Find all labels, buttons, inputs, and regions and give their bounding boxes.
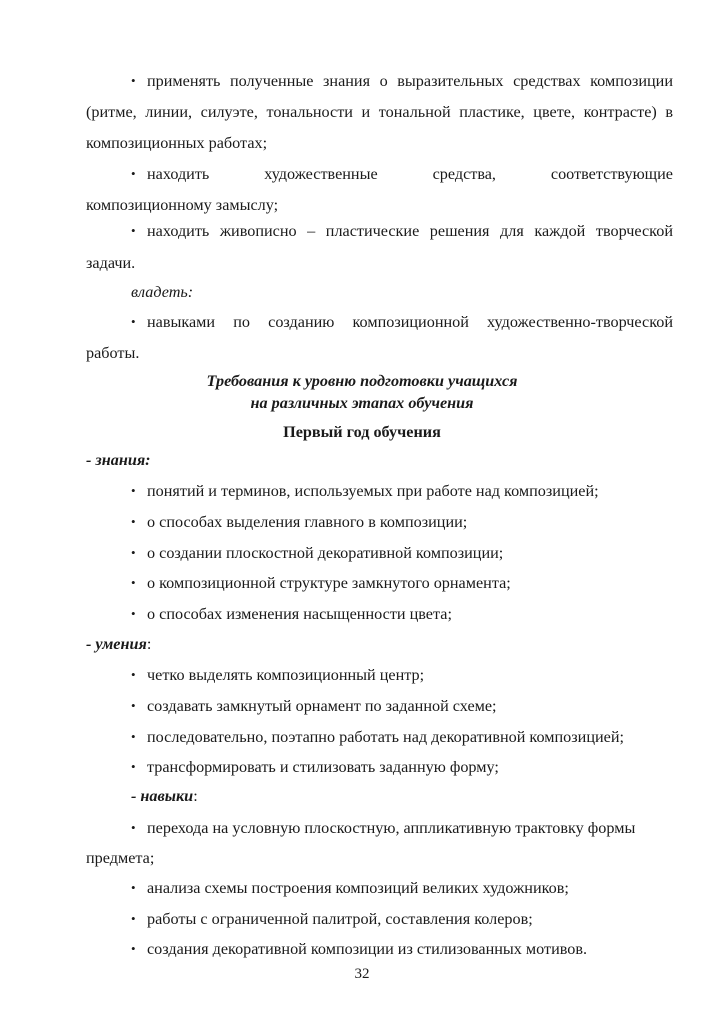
list-item-text: перехода на условную плоскостную, апплик… xyxy=(147,819,635,837)
bullet-icon: • xyxy=(131,573,147,593)
bullet-icon: • xyxy=(131,818,147,838)
bullet-icon: • xyxy=(131,727,147,747)
list-item: •трансформировать и стилизовать заданную… xyxy=(131,757,499,778)
list-item: •о способах изменения насыщенности цвета… xyxy=(131,604,452,625)
list-item-continuation: предмета; xyxy=(86,848,673,868)
bullet-icon: • xyxy=(131,665,147,685)
bullet-icon: • xyxy=(131,543,147,563)
bullet-icon: • xyxy=(131,939,147,959)
list-item-word: находить xyxy=(147,165,209,183)
list-item-text: понятий и терминов, используемых при раб… xyxy=(147,482,599,500)
section-title-line-2: на различных этапах обучения xyxy=(0,393,724,413)
list-item-text: трансформировать и стилизовать заданную … xyxy=(147,758,499,776)
list-item-text: находить живописно – пластические решени… xyxy=(147,222,673,240)
list-item-text: о композиционной структуре замкнутого ор… xyxy=(147,574,511,592)
list-item: •работы с ограниченной палитрой, составл… xyxy=(131,909,533,930)
list-item-continuation: (ритме, линии, силуэте, тональности и то… xyxy=(86,102,673,122)
list-item-text: о создании плоскостной декоративной комп… xyxy=(147,544,503,562)
list-item-text: работы с ограниченной палитрой, составле… xyxy=(147,910,533,928)
list-item-text: создавать замкнутый орнамент по заданной… xyxy=(147,697,497,715)
bullet-icon: • xyxy=(131,164,147,184)
list-item: •перехода на условную плоскостную, аппли… xyxy=(131,818,635,839)
bullet-icon: • xyxy=(131,604,147,624)
bullet-icon: • xyxy=(131,757,147,777)
list-item-continuation: задачи. xyxy=(86,253,673,273)
list-item-word-group: •находить xyxy=(131,164,209,185)
list-item: •анализа схемы построения композиций вел… xyxy=(131,878,569,899)
list-item: •последовательно, поэтапно работать над … xyxy=(131,727,624,748)
list-item: •о способах выделения главного в компози… xyxy=(131,512,467,533)
list-item-continuation: композиционному замыслу; xyxy=(86,195,673,215)
own-label: владеть: xyxy=(131,282,718,302)
list-item: •находить живописно – пластические решен… xyxy=(131,221,673,242)
bullet-icon: • xyxy=(131,481,147,501)
list-item: •понятий и терминов, используемых при ра… xyxy=(131,481,599,502)
list-item-word: соответствующие xyxy=(551,164,673,185)
bullet-icon: • xyxy=(131,312,147,332)
list-item-word: художественные xyxy=(264,164,377,185)
list-item: •о композиционной структуре замкнутого о… xyxy=(131,573,511,594)
bullet-icon: • xyxy=(131,512,147,532)
section-title-line-1: Требования к уровню подготовки учащихся xyxy=(0,371,724,391)
knowledge-label: - знания: xyxy=(86,450,673,470)
year-heading: Первый год обучения xyxy=(0,422,724,442)
bullet-icon: • xyxy=(131,696,147,716)
bullet-icon: • xyxy=(131,221,147,241)
list-item-continuation: композиционных работах; xyxy=(86,133,673,153)
list-item-text: последовательно, поэтапно работать над д… xyxy=(147,728,624,746)
skills-label-colon: : xyxy=(147,635,152,653)
list-item: •находить художественные средства, соотв… xyxy=(131,164,673,185)
document-page: •применять полученные знания о выразител… xyxy=(0,0,724,1024)
list-item: •навыками по созданию композиционной худ… xyxy=(131,312,673,333)
abilities-label-colon: : xyxy=(193,787,198,805)
skills-label-text: - умения xyxy=(86,635,147,653)
list-item-text: анализа схемы построения композиций вели… xyxy=(147,879,569,897)
bullet-icon: • xyxy=(131,71,147,91)
list-item: •создавать замкнутый орнамент по заданно… xyxy=(131,696,497,717)
abilities-label-text: - навыки xyxy=(131,787,193,805)
list-item-text: применять полученные знания о выразитель… xyxy=(147,72,673,90)
skills-label: - умения: xyxy=(86,634,673,654)
list-item-text: навыками по созданию композиционной худо… xyxy=(147,313,673,331)
list-item: •четко выделять композиционный центр; xyxy=(131,665,424,686)
list-item-text: о способах изменения насыщенности цвета; xyxy=(147,605,452,623)
abilities-label: - навыки: xyxy=(131,786,718,806)
list-item-word: средства, xyxy=(433,164,496,185)
list-item-text: создания декоративной композиции из стил… xyxy=(147,940,587,958)
list-item-continuation: работы. xyxy=(86,343,673,363)
bullet-icon: • xyxy=(131,878,147,898)
bullet-icon: • xyxy=(131,909,147,929)
list-item: •создания декоративной композиции из сти… xyxy=(131,939,587,960)
list-item: •применять полученные знания о выразител… xyxy=(131,71,673,92)
list-item-text: четко выделять композиционный центр; xyxy=(147,666,424,684)
list-item: •о создании плоскостной декоративной ком… xyxy=(131,543,503,564)
page-number: 32 xyxy=(0,966,724,983)
list-item-text: о способах выделения главного в композиц… xyxy=(147,513,467,531)
